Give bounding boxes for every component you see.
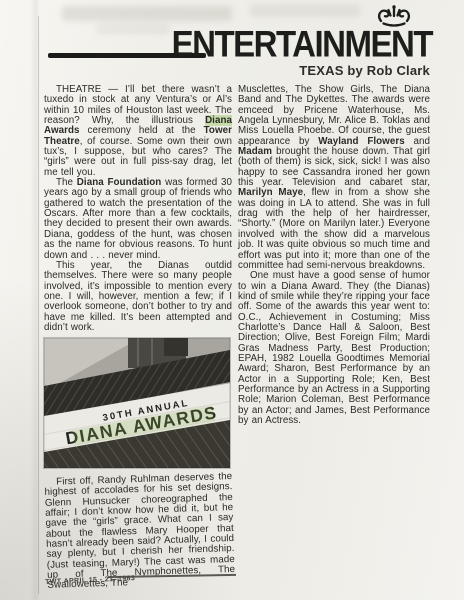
text-segment: One must have a good sense of humor to w… bbox=[238, 270, 430, 426]
text-segment: Diana Foundation bbox=[77, 177, 162, 188]
bleed-through-ghost bbox=[250, 4, 360, 17]
text-segment: This year, the Dianas outdid themselves.… bbox=[44, 260, 232, 333]
text-segment: ceremony held at the bbox=[80, 125, 204, 136]
article-paragraph: One must have a good sense of humor to w… bbox=[238, 271, 430, 426]
highlighted-term: Diana bbox=[205, 115, 232, 126]
page-edge-line bbox=[38, 16, 39, 594]
left-column-top: THEATRE — I’ll bet there wasn’t a tuxedo… bbox=[44, 85, 232, 333]
byline: TEXAS by Rob Clark bbox=[299, 63, 430, 78]
marquee-photo: 30TH ANNUAL DIANA AWARDS APRIL 9 ’83 SOL… bbox=[44, 338, 230, 468]
text-segment: Marilyn Maye bbox=[238, 187, 303, 198]
bleed-through-ghost bbox=[62, 6, 232, 21]
text-segment: Madam bbox=[238, 146, 272, 157]
text-segment: Wayland Flowers bbox=[318, 136, 404, 147]
article-column-left: THEATRE — I’ll bet there wasn’t a tuxedo… bbox=[44, 85, 232, 586]
text-segment: and bbox=[405, 136, 430, 147]
text-segment: Awards bbox=[44, 125, 80, 136]
magazine-page: ENTERTAINMENT TEXAS by Rob Clark THEATRE… bbox=[0, 0, 464, 600]
article-paragraph: This year, the Dianas outdid themselves.… bbox=[44, 261, 232, 333]
crown-icon bbox=[374, 3, 414, 29]
article-paragraph: Musclettes, The Show Girls, The Diana Ba… bbox=[238, 85, 430, 271]
text-segment: was formed 30 years ago by a small group… bbox=[44, 177, 232, 260]
text-segment: The bbox=[56, 177, 77, 188]
text-segment: THEATRE — I’ll bet there wasn’t a tuxedo… bbox=[44, 84, 232, 126]
text-segment: , flew in from a show she was doing in L… bbox=[238, 187, 430, 270]
article-column-right: Musclettes, The Show Girls, The Diana Ba… bbox=[238, 85, 430, 426]
article-paragraph: The Diana Foundation was formed 30 years… bbox=[44, 178, 232, 261]
page-title: ENTERTAINMENT bbox=[170, 23, 432, 66]
article-paragraph: THEATRE — I’ll bet there wasn’t a tuxedo… bbox=[44, 85, 232, 178]
bleed-through-ghost bbox=[96, 24, 170, 34]
